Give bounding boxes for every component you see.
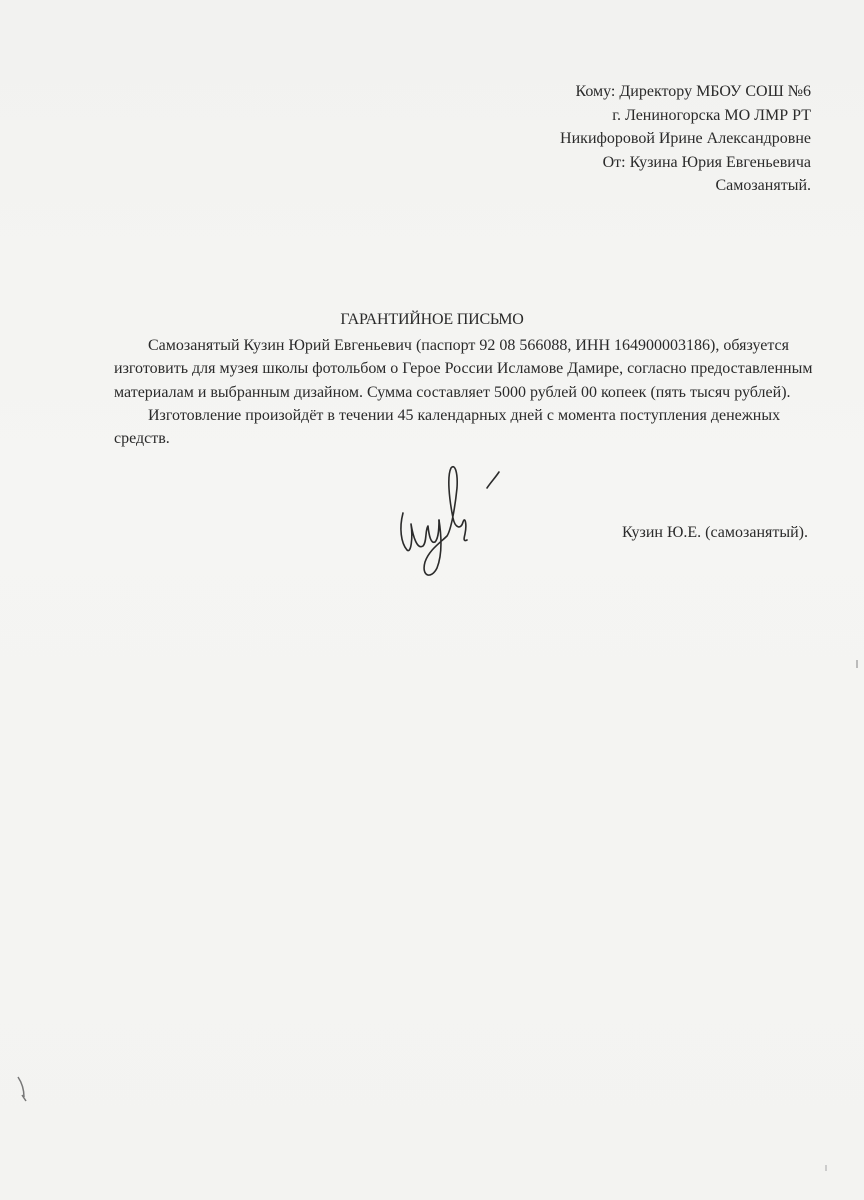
- addressee-line-to: Кому: Директору МБОУ СОШ №6: [560, 80, 811, 104]
- addressee-block: Кому: Директору МБОУ СОШ №6 г. Лениногор…: [560, 80, 811, 198]
- addressee-line-status: Самозанятый.: [560, 174, 811, 198]
- paragraph-deadline: Изготовление произойдёт в течении 45 кал…: [114, 404, 814, 451]
- paragraph-guarantee: Самозанятый Кузин Юрий Евгеньевич (паспо…: [114, 334, 814, 404]
- letter-body: Самозанятый Кузин Юрий Евгеньевич (паспо…: [114, 334, 814, 450]
- scan-artifact-mark: [14, 1075, 34, 1105]
- addressee-line-from: От: Кузина Юрия Евгеньевича: [560, 151, 811, 175]
- addressee-line-city: г. Лениногорска МО ЛМР РТ: [560, 104, 811, 128]
- addressee-line-name: Никифоровой Ирине Александровне: [560, 127, 811, 151]
- handwritten-signature: [395, 458, 505, 583]
- letter-title: ГАРАНТИЙНОЕ ПИСЬМО: [0, 311, 864, 329]
- scan-speck: [856, 660, 858, 668]
- scanned-page: Кому: Директору МБОУ СОШ №6 г. Лениногор…: [0, 0, 864, 1200]
- scan-speck: [825, 1165, 827, 1171]
- signer-name: Кузин Ю.Е. (самозанятый).: [622, 524, 808, 542]
